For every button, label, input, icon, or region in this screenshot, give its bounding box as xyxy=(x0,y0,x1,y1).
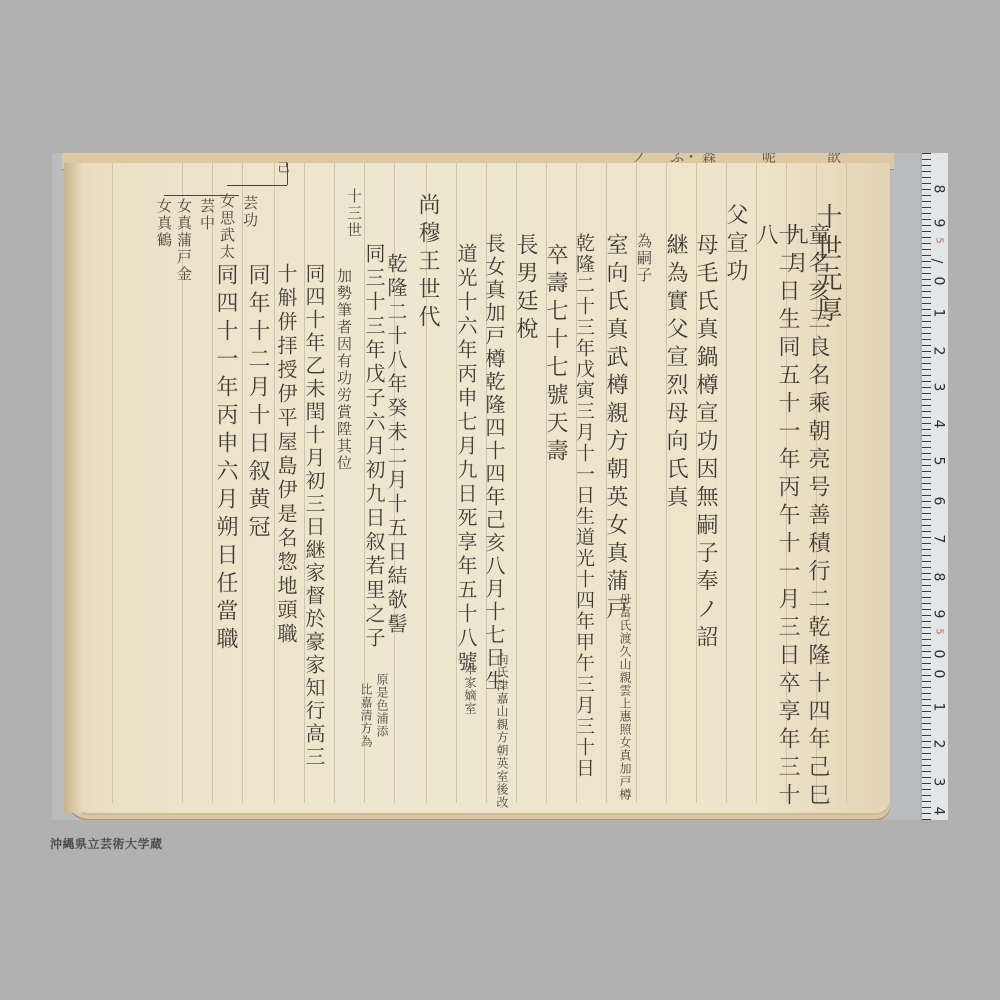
annotation-column: 比嘉清方為 xyxy=(360,683,372,748)
annotation-column: 母富氏渡久山親雲上惠照女真加戸樽 xyxy=(619,593,631,801)
tree-child: 芸中 xyxy=(199,198,214,232)
ruler-label: 3 xyxy=(930,383,946,392)
text-column: 卒壽七十七號天壽 xyxy=(544,243,566,467)
text-column: 十斛併拝授伊平屋島伊是名惣地頭職 xyxy=(276,263,296,647)
ruler-label: 9 xyxy=(930,219,946,228)
text-column: 乾隆二十三年戊寅三月十一日生道光十四年甲午三月三十日 xyxy=(574,233,593,779)
ruler-label: 1 xyxy=(930,703,946,712)
annotation-column: 加勢筆者因有功労賞陞其位 xyxy=(336,268,351,472)
text-column: 継為實父宣烈母向氏真 xyxy=(664,233,686,513)
ruler-label: 0 xyxy=(930,650,946,659)
tree-child: 女思武太 xyxy=(219,193,234,261)
annotation-column: 向氏津嘉山親方朝英室後改 xyxy=(496,653,508,809)
collection-credit: 沖縄県立芸術大学蔵 xyxy=(50,835,163,852)
text-column: 長男廷梲 xyxy=(514,233,536,345)
text-column: 為嗣子 xyxy=(636,233,651,284)
ruler-label: 0 xyxy=(930,670,946,679)
text-column: 父宣功 xyxy=(724,203,746,287)
text-column: 乾隆二十八年癸未二月十五日結欹髻 xyxy=(386,253,406,637)
image-viewer: ノ ふ・ 森 呢 歆 十世元厚 童名亥三良名乘朝亮号善積行二乾隆十四年己巳九月 xyxy=(0,0,1000,1000)
ruler-label: 9 xyxy=(930,610,946,619)
text-column: 十二日生同五十一年丙午十一月三日卒享年三十八 xyxy=(754,223,798,813)
text-column: 母毛氏真鍋樽宣功因無嗣子奉ノ詔 xyxy=(694,233,716,653)
text-column: 室向氏真武樽親方朝英女真蒲戸 xyxy=(604,233,626,625)
ruler-label: 2 xyxy=(930,740,946,749)
ruler-label: 8 xyxy=(930,185,946,194)
generation-label: 十三世 xyxy=(346,188,361,239)
annotation-column: 本家嫡室 xyxy=(464,663,476,715)
ruler-label: / xyxy=(928,259,944,264)
text-column: 同三十三年戊子六月初九日叙若里之子 xyxy=(364,243,384,651)
text-column: 道光十六年丙申七月九日死享年五十八號 xyxy=(456,243,476,675)
text-column: 長女真加戸樽乾隆四十四年己亥八月十七日生 xyxy=(484,233,504,693)
ruler-label: 5 xyxy=(934,237,945,243)
tree-child: 芸功 xyxy=(242,195,257,229)
tree-child: 女真鶴 xyxy=(156,198,171,249)
ruler-label: 5 xyxy=(934,628,945,634)
ruler-label: 3 xyxy=(930,778,946,787)
ruler-label: 8 xyxy=(930,573,946,582)
text-column: 同年十二月十日叙黄冠 xyxy=(246,263,268,543)
ruler-label: 4 xyxy=(930,420,946,429)
ruler-label: 1 xyxy=(930,309,946,318)
tree-child: 女真蒲戸金 xyxy=(176,198,191,283)
text-column: 同四十一年丙申六月朔日任當職 xyxy=(214,263,236,655)
tree-root-mark: 己 xyxy=(277,161,289,174)
ruler-label: 6 xyxy=(930,497,946,506)
text-column: 尚穆王世代 xyxy=(416,193,438,333)
notebook-page: 十世元厚 童名亥三良名乘朝亮号善積行二乾隆十四年己巳九月 十二日生同五十一年丙午… xyxy=(64,163,890,813)
ruler-label: 7 xyxy=(930,535,946,544)
ruler-label: 4 xyxy=(930,807,946,816)
ruler-label: 2 xyxy=(930,347,946,356)
ruler-label: 0 xyxy=(930,277,946,286)
tree-branch-line xyxy=(227,185,287,186)
text-column: 同四十年乙未閏十月初三日継家督於豪家知行高三 xyxy=(304,263,324,769)
annotation-column: 原是色浦添 xyxy=(376,673,388,738)
ruler-label: 5 xyxy=(930,457,946,466)
measurement-ruler: 8 9 5 / 0 1 2 3 4 5 6 7 8 9 5 0 0 1 2 3 … xyxy=(922,153,948,820)
notebook-photo: ノ ふ・ 森 呢 歆 十世元厚 童名亥三良名乘朝亮号善積行二乾隆十四年己巳九月 xyxy=(52,153,920,820)
